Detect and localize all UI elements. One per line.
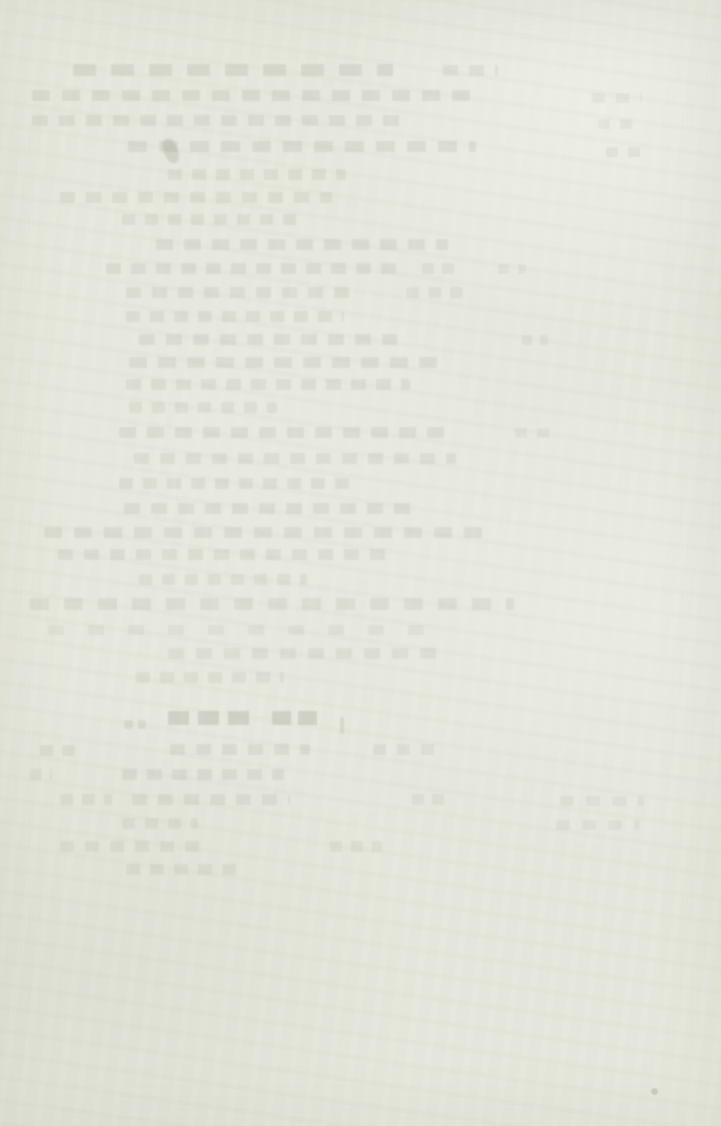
ghost-text-line bbox=[522, 335, 548, 345]
ghost-text-line bbox=[60, 841, 204, 852]
ghost-text-line bbox=[168, 169, 346, 180]
ghost-text-line bbox=[422, 263, 458, 274]
ghost-text-line bbox=[124, 720, 146, 729]
ghost-text-line bbox=[406, 287, 464, 298]
ghost-text-line bbox=[560, 796, 644, 806]
ghost-text-layer bbox=[0, 0, 721, 1126]
ghost-text-line bbox=[122, 818, 198, 829]
ghost-text-line bbox=[129, 402, 277, 413]
ghost-text-line bbox=[122, 214, 304, 225]
ghost-text-line bbox=[136, 672, 284, 683]
ghost-text-line bbox=[60, 794, 112, 805]
ghost-text-line bbox=[598, 119, 642, 129]
speck-dot bbox=[651, 1088, 658, 1095]
ghost-text-line bbox=[30, 598, 514, 610]
ghost-text-line bbox=[129, 357, 447, 368]
ghost-text-line bbox=[412, 794, 448, 805]
ghost-text-line bbox=[139, 574, 307, 585]
ghost-text-line bbox=[340, 717, 344, 734]
ghost-text-line bbox=[106, 263, 398, 274]
ghost-text-line bbox=[168, 648, 444, 659]
ghost-text-line bbox=[170, 744, 310, 755]
ghost-text-line bbox=[119, 478, 351, 489]
ghost-text-line bbox=[330, 841, 382, 852]
ghost-text-line bbox=[373, 744, 441, 755]
ghost-text-line bbox=[139, 334, 397, 345]
ghost-text-line bbox=[60, 192, 332, 203]
ghost-text-line bbox=[40, 745, 82, 756]
ghost-text-line bbox=[272, 711, 318, 725]
ghost-text-line bbox=[168, 711, 254, 725]
ghost-text-line bbox=[44, 527, 486, 538]
scanned-page bbox=[0, 0, 721, 1126]
ghost-text-line bbox=[134, 453, 456, 464]
ghost-text-line bbox=[126, 311, 344, 322]
ghost-text-line bbox=[122, 769, 284, 780]
ghost-text-line bbox=[128, 141, 476, 152]
ghost-text-line bbox=[32, 90, 482, 101]
ghost-text-line bbox=[443, 65, 498, 76]
ghost-text-line bbox=[124, 503, 416, 514]
ghost-text-line bbox=[515, 428, 555, 438]
ghost-text-line bbox=[126, 287, 350, 298]
ghost-text-line bbox=[73, 64, 393, 76]
ghost-text-line bbox=[48, 625, 426, 635]
ghost-text-line bbox=[606, 147, 646, 157]
ghost-text-line bbox=[592, 93, 642, 103]
ghost-text-line bbox=[30, 769, 52, 780]
ghost-text-line bbox=[126, 864, 244, 875]
ghost-text-line bbox=[58, 549, 390, 560]
ghost-text-line bbox=[556, 820, 640, 830]
ghost-text-line bbox=[156, 239, 448, 250]
ghost-text-line bbox=[126, 379, 410, 390]
ghost-text-line bbox=[498, 264, 526, 274]
ghost-text-line bbox=[119, 427, 447, 438]
ghost-text-line bbox=[32, 115, 400, 126]
ghost-text-line bbox=[132, 794, 290, 805]
